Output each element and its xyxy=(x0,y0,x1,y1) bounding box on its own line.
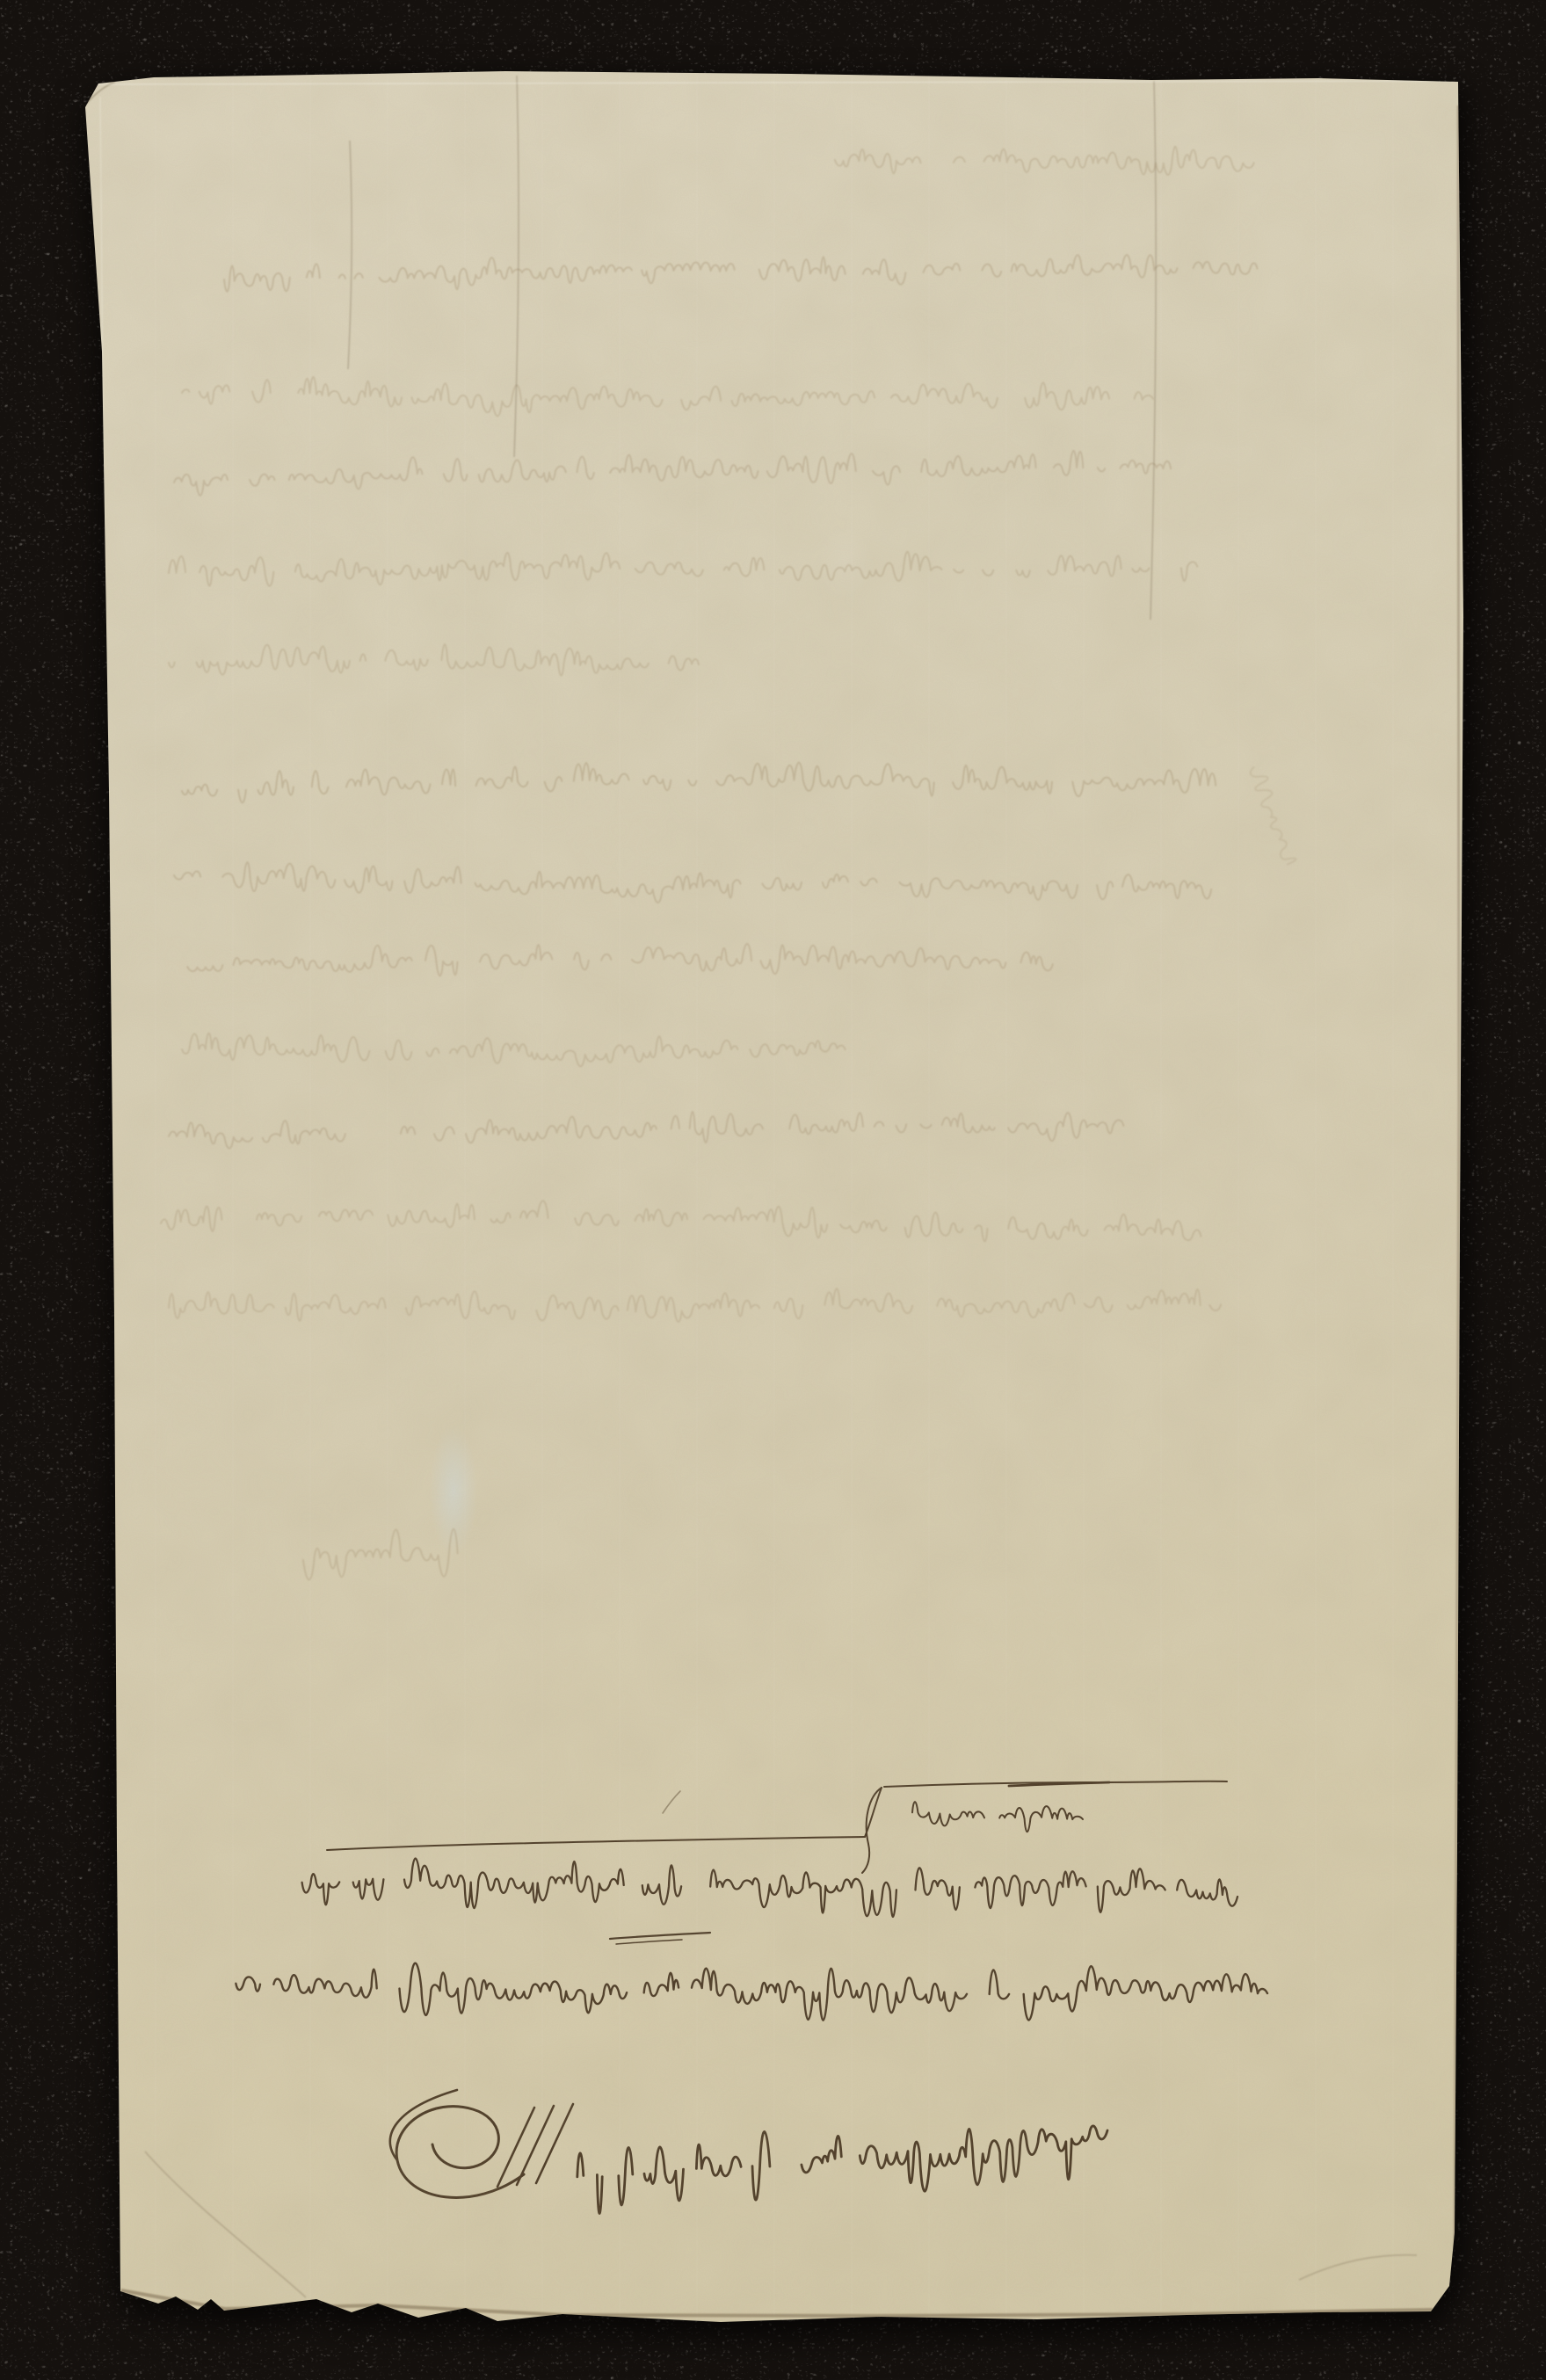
photograph-of-manuscript: ſchafhauſen kind. illegible German Kurre… xyxy=(0,0,1546,2380)
paper-grain xyxy=(0,0,1546,2380)
paper-shadow xyxy=(0,0,1546,2380)
manuscript-page xyxy=(0,0,1546,2380)
paper-texture xyxy=(0,0,1546,2380)
